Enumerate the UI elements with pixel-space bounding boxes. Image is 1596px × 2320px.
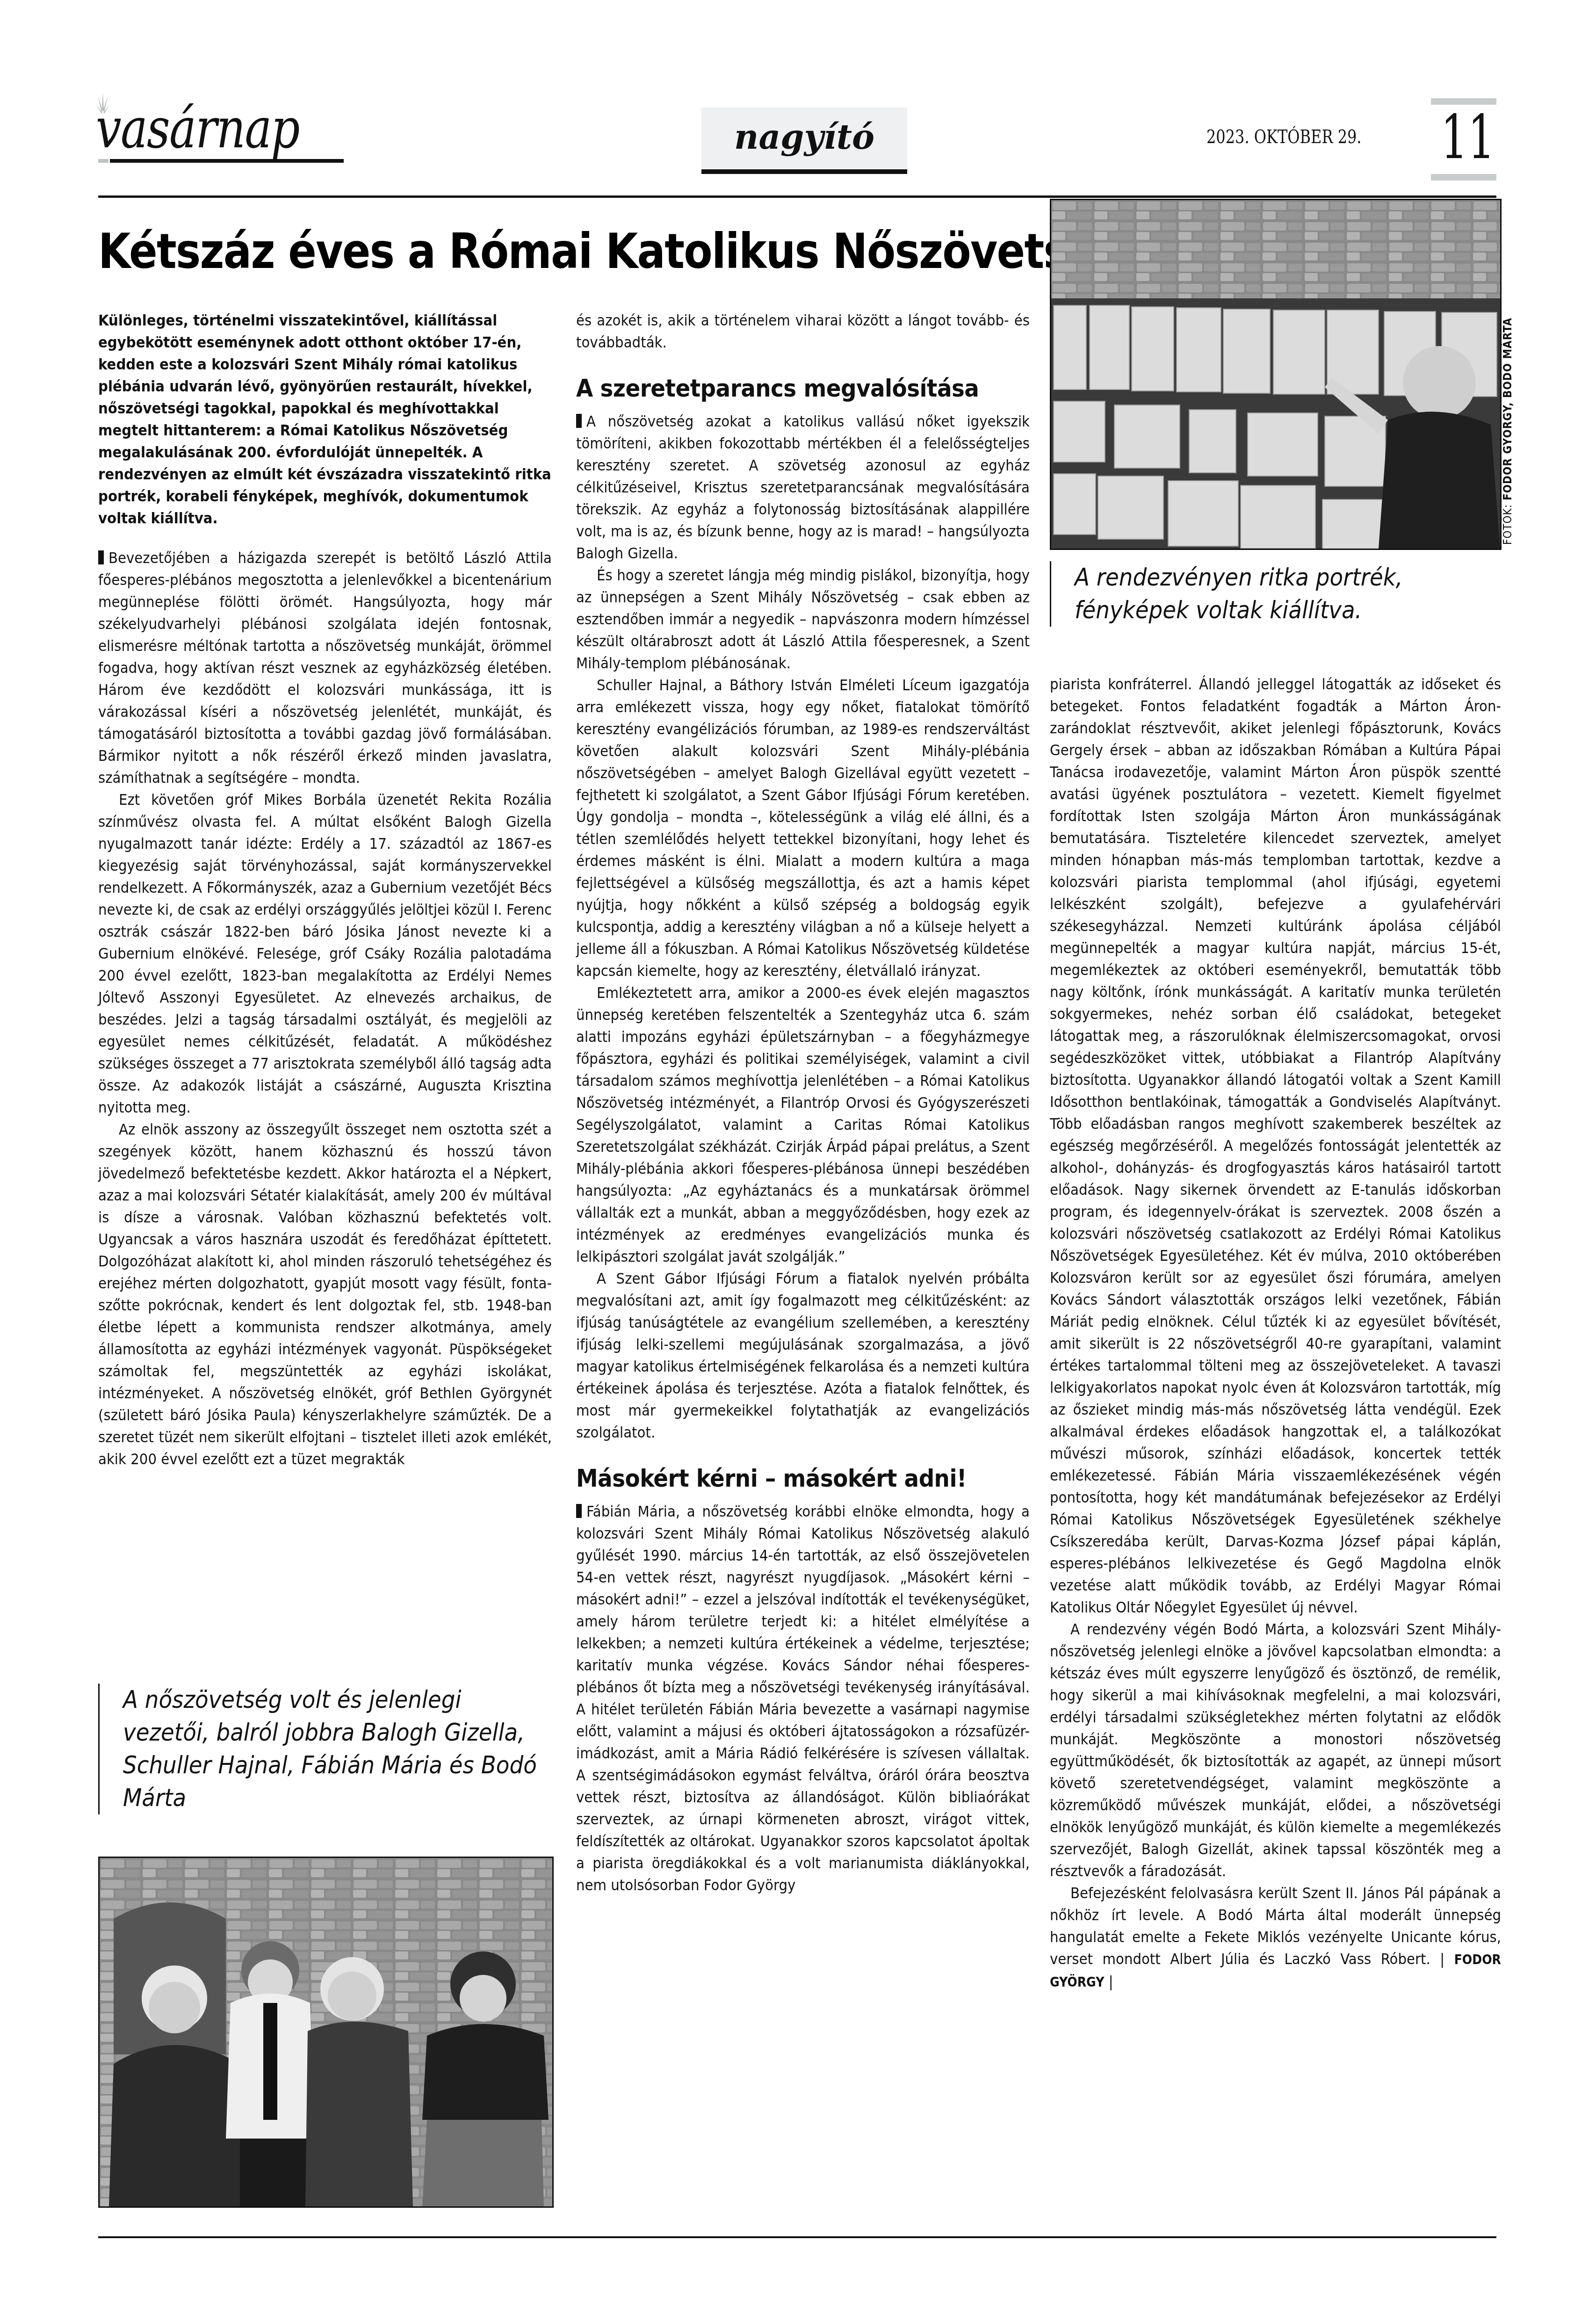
body-paragraph: és azokét is, akik a történelem viharai … — [576, 310, 1030, 354]
photo-credit-label: FOTÓK: — [1501, 500, 1514, 545]
section-heading: A szeretetparancs megvalósítása — [576, 375, 1030, 403]
group-photo — [98, 1857, 554, 2208]
issue-date: 2023. OKTÓBER 29. — [1206, 126, 1362, 148]
photo-caption-top-wrapper: A rendezvényen ritka portrék, fényképek … — [1050, 561, 1499, 627]
section-label: nagyító — [701, 117, 907, 157]
header-divider — [98, 195, 1496, 198]
logo-underline-accent — [98, 159, 108, 163]
body-paragraph: Emlékeztetett arra, amikor a 2000-es éve… — [576, 982, 1030, 1268]
exhibition-photo-image — [1051, 200, 1500, 549]
photo-credit: FOTÓK: FODOR GYÖRGY, BODÓ MÁRTA — [1501, 318, 1514, 545]
body-paragraph: A rendezvény végén Bodó Márta, a kolozsv… — [1050, 1619, 1501, 1882]
publication-logo: vasárnap — [96, 101, 299, 156]
byline-separator: | — [1430, 1950, 1454, 1968]
section-label-underline — [701, 169, 907, 174]
photo-caption: A rendezvényen ritka portrék, fényképek … — [1050, 561, 1499, 627]
article-column-2: és azokét is, akik a történelem viharai … — [576, 310, 1030, 1896]
body-paragraph: Az elnök asszony az összegyűlt összeget … — [98, 1119, 552, 1470]
body-paragraph: Schuller Hajnal, a Báthory István Elméle… — [576, 674, 1030, 982]
photo-caption-bottom-wrapper: A nőszövetség volt és jelenlegi vezetői,… — [98, 1684, 547, 1814]
photo-credit-names: FODOR GYÖRGY, BODÓ MÁRTA — [1501, 318, 1514, 500]
body-paragraph: A Szent Gábor Ifjúsági Fórum a fiatalok … — [576, 1268, 1030, 1444]
article-lead: Különleges, történelmi visszatekintővel,… — [98, 310, 552, 529]
body-paragraph: Ezt követően gróf Mikes Borbála üzenetét… — [98, 789, 552, 1119]
body-paragraph: Befejezésként felolvasásra került Szent … — [1050, 1882, 1501, 1993]
body-paragraph: Fábián Mária, a nőszövetség korábbi elnö… — [576, 1501, 1030, 1896]
byline-separator: | — [1104, 1973, 1113, 1990]
body-paragraph: És hogy a szeretet lángja még mindig pis… — [576, 564, 1030, 674]
body-paragraph: piarista konfráterrel. Állandó jelleggel… — [1050, 673, 1501, 1619]
exhibition-photo — [1050, 199, 1502, 550]
article-title: Kétszáz éves a Római Katolikus Nőszövets… — [98, 224, 1124, 278]
body-paragraph: A nőszövetség azokat a katolikus vallású… — [576, 411, 1030, 564]
page-number-rule-bottom — [1431, 174, 1496, 181]
page-number: 11 — [1441, 107, 1487, 167]
section-heading: Másokért kérni – másokért adni! — [576, 1465, 1030, 1493]
footer-divider — [98, 2236, 1496, 2238]
article-column-3: piarista konfráterrel. Állandó jelleggel… — [1050, 673, 1501, 1993]
logo-underline — [110, 159, 344, 163]
body-paragraph: Bevezetőjében a házigazda szerepét is be… — [98, 547, 552, 789]
photo-caption: A nőszövetség volt és jelenlegi vezetői,… — [98, 1684, 547, 1814]
group-photo-image — [100, 1858, 552, 2206]
article-column-1: Különleges, történelmi visszatekintővel,… — [98, 310, 552, 1470]
